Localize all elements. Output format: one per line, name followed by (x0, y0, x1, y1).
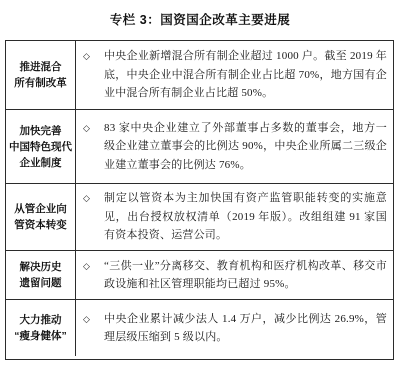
row-content-cell: ◇ “三供一业”分离移交、教育机构和医疗机构改革、移交市政设施和社区管理职能均已… (76, 251, 393, 299)
diamond-bullet-icon: ◇ (81, 257, 104, 276)
row-content-text: 中央企业新增混合所有制企业超过 1000 户。截至 2019 年底，中央企业中混… (104, 47, 387, 103)
row-content-text: 中央企业累计减少法人 1.4 万户，减少比例达 26.9%，管理层级压缩到 5 … (104, 310, 387, 347)
row-header: 加快完善 中国特色现代 企业制度 (6, 110, 76, 183)
row-content-cell: ◇ 中央企业累计减少法人 1.4 万户，减少比例达 26.9%，管理层级压缩到 … (76, 300, 393, 356)
row-content-inner: ◇ 中央企业新增混合所有制企业超过 1000 户。截至 2019 年底，中央企业… (81, 47, 387, 103)
row-content-text: 制定以管资本为主加快国有资产监管职能转变的实施意见，出台授权放权清单（2019 … (104, 189, 387, 245)
document-page: 专栏 3：国资国企改革主要进展 推进混合 所有制改革 ◇ 中央企业新增混合所有制… (0, 0, 400, 369)
row-content-inner: ◇ “三供一业”分离移交、教育机构和医疗机构改革、移交市政设施和社区管理职能均已… (81, 257, 387, 294)
row-content-cell: ◇ 中央企业新增混合所有制企业超过 1000 户。截至 2019 年底，中央企业… (76, 41, 393, 109)
row-header: 推进混合 所有制改革 (6, 41, 76, 109)
row-content-inner: ◇ 83 家中央企业建立了外部董事占多数的董事会，地方一级企业建立董事会的比例达… (81, 119, 387, 175)
diamond-bullet-icon: ◇ (81, 189, 104, 208)
row-content-inner: ◇ 制定以管资本为主加快国有资产监管职能转变的实施意见，出台授权放权清单（201… (81, 189, 387, 245)
diamond-bullet-icon: ◇ (81, 47, 104, 66)
diamond-bullet-icon: ◇ (81, 310, 104, 329)
table-row: 从管企业向 管资本转变 ◇ 制定以管资本为主加快国有资产监管职能转变的实施意见，… (6, 183, 393, 250)
row-content-cell: ◇ 制定以管资本为主加快国有资产监管职能转变的实施意见，出台授权放权清单（201… (76, 184, 393, 250)
diamond-bullet-icon: ◇ (81, 119, 104, 138)
row-content-text: “三供一业”分离移交、教育机构和医疗机构改革、移交市政设施和社区管理职能均已超过… (104, 257, 387, 294)
row-header: 解决历史 遗留问题 (6, 251, 76, 299)
table-row: 大力推动 “瘦身健体” ◇ 中央企业累计减少法人 1.4 万户，减少比例达 26… (6, 299, 393, 356)
page-title: 专栏 3：国资国企改革主要进展 (0, 10, 400, 28)
row-content-inner: ◇ 中央企业累计减少法人 1.4 万户，减少比例达 26.9%，管理层级压缩到 … (81, 310, 387, 347)
row-content-cell: ◇ 83 家中央企业建立了外部董事占多数的董事会，地方一级企业建立董事会的比例达… (76, 110, 393, 183)
reform-progress-table: 推进混合 所有制改革 ◇ 中央企业新增混合所有制企业超过 1000 户。截至 2… (5, 40, 394, 360)
row-content-text: 83 家中央企业建立了外部董事占多数的董事会，地方一级企业建立董事会的比例达 9… (104, 119, 387, 175)
table-row: 推进混合 所有制改革 ◇ 中央企业新增混合所有制企业超过 1000 户。截至 2… (6, 41, 393, 109)
table-row: 加快完善 中国特色现代 企业制度 ◇ 83 家中央企业建立了外部董事占多数的董事… (6, 109, 393, 183)
row-header: 从管企业向 管资本转变 (6, 184, 76, 250)
row-header: 大力推动 “瘦身健体” (6, 300, 76, 356)
table-row: 解决历史 遗留问题 ◇ “三供一业”分离移交、教育机构和医疗机构改革、移交市政设… (6, 250, 393, 299)
